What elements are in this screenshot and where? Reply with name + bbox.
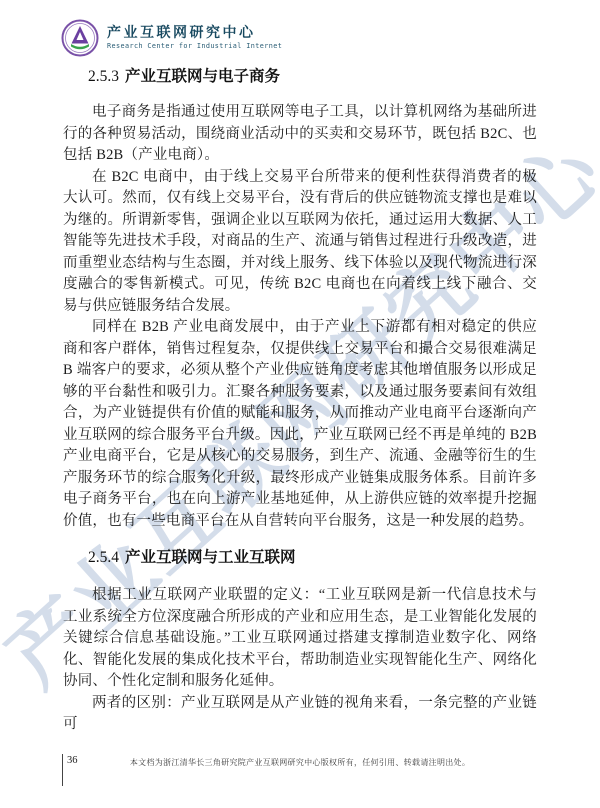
copyright-note: 本文档为浙江清华长三角研究院产业互联网研究中心版权所有，任何引用、转载请注明出处… bbox=[0, 757, 600, 768]
paragraph: 两者的区别：产业互联网是从产业链的视角来看，一条完整的产业链可 bbox=[63, 693, 537, 736]
section-title: 产业互联网与电子商务 bbox=[125, 68, 280, 85]
page-header: 产业互联网研究中心 Research Center for Industrial… bbox=[60, 18, 282, 58]
section-heading-2-5-4: 2.5.4产业互联网与工业互联网 bbox=[63, 547, 537, 568]
section-heading-2-5-3: 2.5.3产业互联网与电子商务 bbox=[63, 66, 537, 87]
paragraph: 电子商务是指通过使用互联网等电子工具，以计算机网络为基础所进行的各种贸易活动，围… bbox=[63, 102, 537, 167]
section-number: 2.5.4 bbox=[88, 549, 119, 566]
paragraph: 同样在 B2B 产业电商发展中，由于产业上下游都有相对稳定的供应商和客户群体，销… bbox=[63, 317, 537, 532]
section-number: 2.5.3 bbox=[88, 68, 119, 85]
section-title: 产业互联网与工业互联网 bbox=[125, 549, 296, 566]
logo-title: 产业互联网研究中心 bbox=[107, 26, 282, 42]
paragraph: 在 B2C 电商中，由于线上交易平台所带来的便利性获得消费者的极大认可。然而，仅… bbox=[63, 167, 537, 318]
paragraph: 根据工业互联网产业联盟的定义：“工业互联网是新一代信息技术与工业系统全方位深度融… bbox=[63, 585, 537, 693]
research-center-logo-icon bbox=[60, 18, 100, 58]
document-content: 2.5.3产业互联网与电子商务 电子商务是指通过使用互联网等电子工具，以计算机网… bbox=[63, 66, 537, 736]
document-page: 产业互联网研究中心 产业互联网研究中心 Research Center for … bbox=[0, 0, 600, 808]
logo-text-block: 产业互联网研究中心 Research Center for Industrial… bbox=[107, 26, 282, 51]
logo-subtitle: Research Center for Industrial Internet bbox=[107, 42, 282, 51]
